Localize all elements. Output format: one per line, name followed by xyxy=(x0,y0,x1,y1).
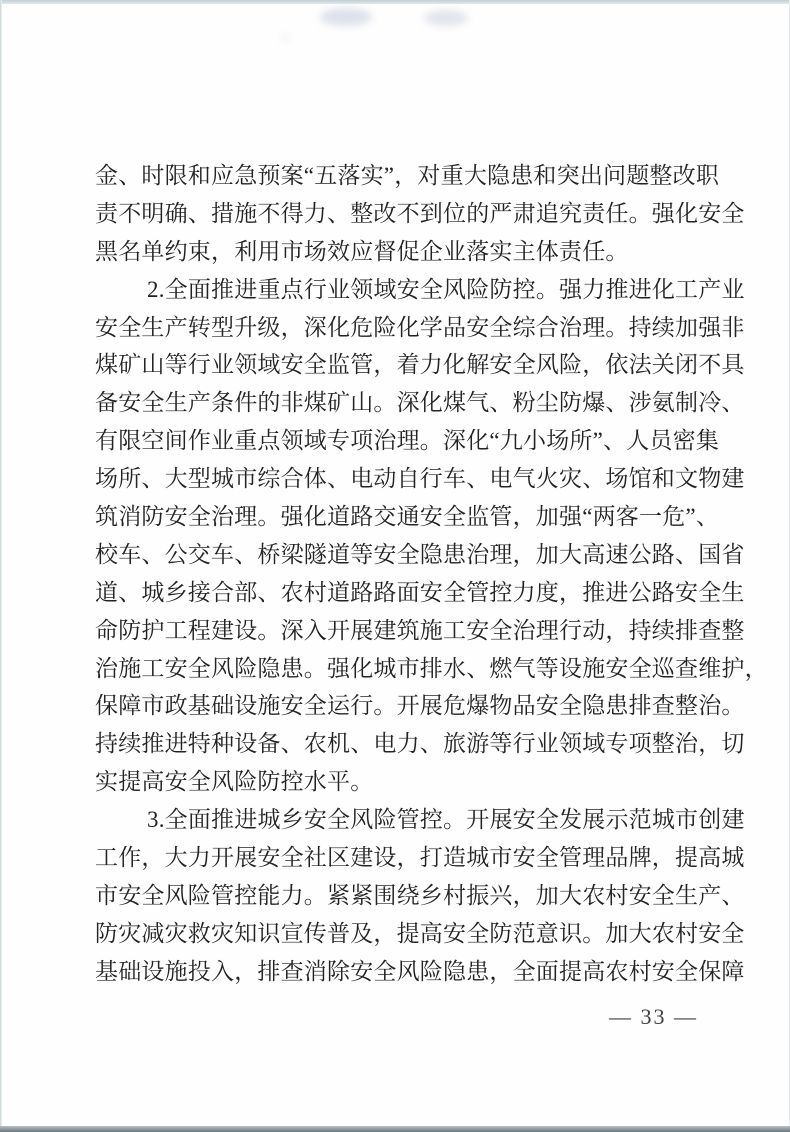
text-line: 防灾减灾救灾知识宣传普及，提高安全防范意识。加大农村安全 xyxy=(95,915,695,953)
scan-edge-top xyxy=(0,0,790,4)
scan-edge-bottom xyxy=(0,1126,790,1132)
text-line: 有限空间作业重点领域专项治理。深化“九小场所”、人员密集 xyxy=(95,422,695,460)
text-line: 校车、公交车、桥梁隧道等安全隐患治理，加大高速公路、国省 xyxy=(95,536,695,574)
text-line-paragraph-start: 2.全面推进重点行业领域安全风险防控。强力推进化工产业 xyxy=(95,271,695,309)
text-line: 基础设施投入，排查消除安全风险隐患，全面提高农村安全保障 xyxy=(95,953,695,991)
text-line: 市安全风险管控能力。紧紧围绕乡村振兴，加大农村安全生产、 xyxy=(95,877,695,915)
scan-edge-left xyxy=(0,0,2,1132)
text-line: 备安全生产条件的非煤矿山。深化煤气、粉尘防爆、涉氨制冷、 xyxy=(95,384,695,422)
text-line: 实提高安全风险防控水平。 xyxy=(95,763,695,801)
text-line: 命防护工程建设。深入开展建筑施工安全治理行动，持续排查整 xyxy=(95,612,695,650)
text-line: 筑消防安全治理。强化道路交通安全监管，加强“两客一危”、 xyxy=(95,498,695,536)
text-line: 道、城乡接合部、农村道路路面安全管控力度，推进公路安全生 xyxy=(95,574,695,612)
text-line: 金、时限和应急预案“五落实”，对重大隐患和突出问题整改职 xyxy=(95,157,695,195)
page-number: — 33 — xyxy=(609,1004,698,1030)
scan-artifact-smudge xyxy=(320,8,372,26)
document-page: 金、时限和应急预案“五落实”，对重大隐患和突出问题整改职 责不明确、措施不得力、… xyxy=(0,0,790,1132)
text-line: 责不明确、措施不得力、整改不到位的严肃追究责任。强化安全 xyxy=(95,195,695,233)
text-line: 场所、大型城市综合体、电动自行车、电气火灾、场馆和文物建 xyxy=(95,460,695,498)
text-line: 安全生产转型升级，深化危险化学品安全综合治理。持续加强非 xyxy=(95,309,695,347)
text-line: 煤矿山等行业领域安全监管，着力化解安全风险，依法关闭不具 xyxy=(95,346,695,384)
text-line: 持续推进特种设备、农机、电力、旅游等行业领域专项整治，切 xyxy=(95,725,695,763)
body-text: 金、时限和应急预案“五落实”，对重大隐患和突出问题整改职 责不明确、措施不得力、… xyxy=(95,157,695,991)
text-line: 黑名单约束，利用市场效应督促企业落实主体责任。 xyxy=(95,233,695,271)
text-line: 保障市政基础设施安全运行。开展危爆物品安全隐患排查整治。 xyxy=(95,687,695,725)
text-line: 工作，大力开展安全社区建设，打造城市安全管理品牌，提高城 xyxy=(95,839,695,877)
text-line: 治施工安全风险隐患。强化城市排水、燃气等设施安全巡查维护， xyxy=(95,650,695,688)
scan-artifact-smudge xyxy=(424,10,468,26)
scan-artifact-dot xyxy=(283,36,288,40)
text-line-paragraph-start: 3.全面推进城乡安全风险管控。开展安全发展示范城市创建 xyxy=(95,801,695,839)
